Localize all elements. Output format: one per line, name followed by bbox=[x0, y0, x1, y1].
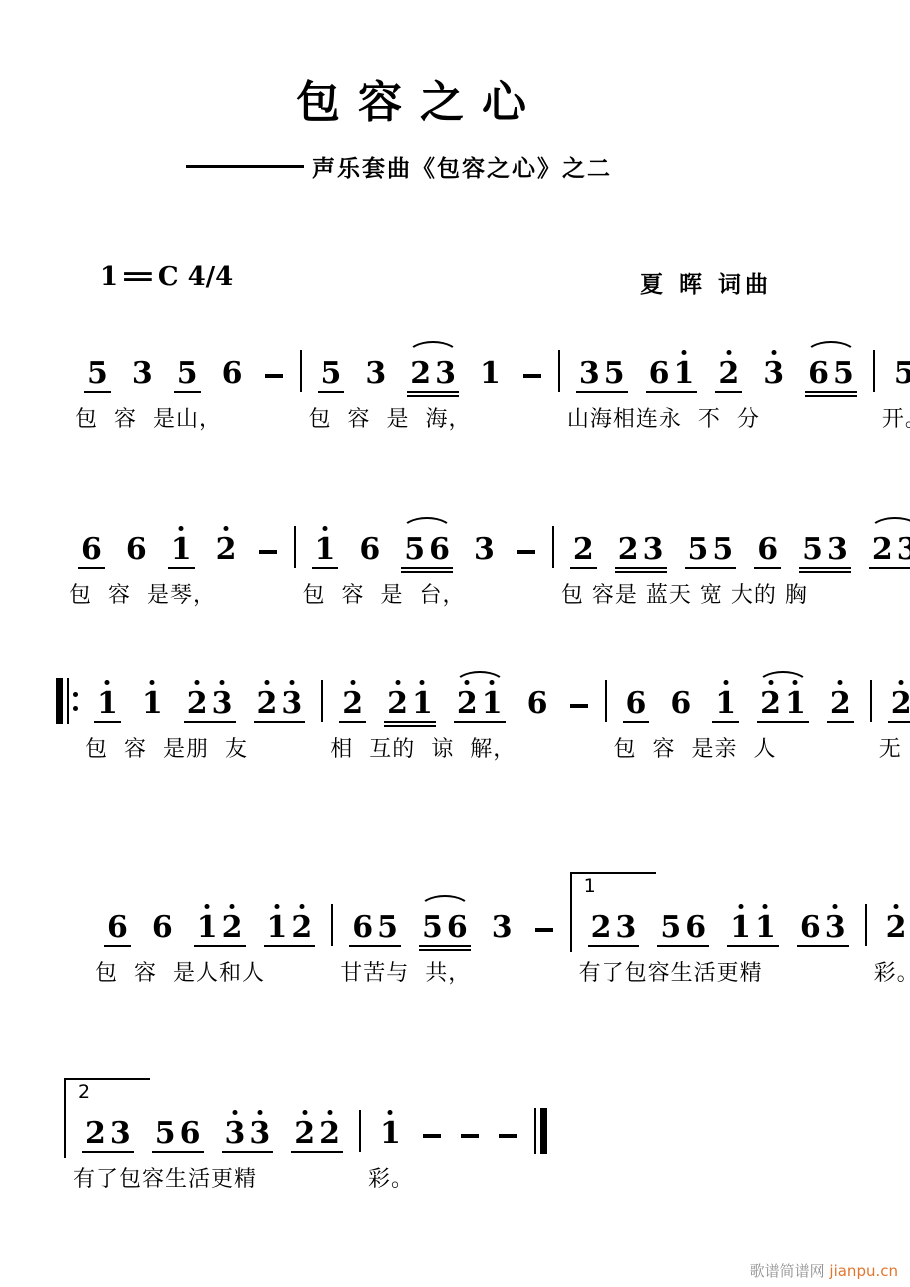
note: 2 bbox=[289, 912, 314, 944]
note: 3 bbox=[130, 358, 155, 390]
thin-bar bbox=[67, 678, 69, 724]
volta-bracket: 2 bbox=[64, 1078, 150, 1108]
lyric-line: 有了包容生活更精 bbox=[579, 956, 858, 987]
note: 2 bbox=[870, 534, 895, 566]
note-group: 6 bbox=[524, 688, 551, 720]
measure: 123561163有了包容生活更精 bbox=[572, 872, 865, 987]
note: 3 bbox=[823, 912, 848, 944]
note: 5 bbox=[319, 358, 344, 390]
note: 5 bbox=[402, 534, 427, 566]
lyric-line: 包 容 是朋 友 bbox=[85, 732, 314, 763]
score-row: 112323包 容 是朋 友221216相 互的 谅 解，661212包 容 是… bbox=[56, 666, 910, 763]
note-group: 65 bbox=[805, 358, 857, 390]
note-group: 21 bbox=[384, 688, 436, 720]
note: 2 bbox=[758, 688, 783, 720]
note: 1 bbox=[713, 688, 738, 720]
slur-icon bbox=[869, 517, 910, 531]
note-group: 12 bbox=[264, 912, 316, 944]
note: 3 bbox=[761, 358, 786, 390]
note: 3 bbox=[490, 912, 515, 944]
note-group: 6 bbox=[219, 358, 246, 390]
note: 2 bbox=[828, 688, 853, 720]
note: 6 bbox=[178, 1118, 203, 1150]
thick-bar bbox=[56, 678, 63, 724]
equals-sign: = bbox=[119, 262, 156, 292]
note: 5 bbox=[710, 534, 735, 566]
note: 6 bbox=[427, 534, 452, 566]
lyric-line: 彩。 bbox=[874, 956, 910, 987]
note-group: 1 bbox=[477, 358, 504, 390]
lyric-line: 有了包容生活更精 bbox=[73, 1162, 352, 1193]
note-group: 23 bbox=[407, 358, 459, 390]
note: 1 bbox=[378, 1118, 403, 1150]
measure: 221216相 互的 谅 解， bbox=[323, 666, 604, 763]
note-group: 53 bbox=[799, 534, 851, 566]
note-group: 1 bbox=[94, 688, 121, 720]
note-group: 6 bbox=[667, 688, 694, 720]
note-group: 3 bbox=[760, 358, 787, 390]
lyric-line: 包 容是 蓝天 宽 大的 胸 bbox=[561, 578, 910, 609]
measure: 5开。 bbox=[875, 336, 910, 433]
watermark-site-name: 歌谱简谱网 bbox=[750, 1262, 825, 1280]
key-signature: 1 = C 4/4 bbox=[100, 262, 233, 292]
note: 5 bbox=[602, 358, 627, 390]
note: 6 bbox=[668, 688, 693, 720]
dash-note bbox=[259, 550, 277, 554]
note-group: 65 bbox=[349, 912, 401, 944]
note-group: 22 bbox=[291, 1118, 343, 1150]
note: 3 bbox=[433, 358, 458, 390]
final-barline bbox=[534, 1108, 547, 1154]
note: 6 bbox=[755, 534, 780, 566]
dash-note bbox=[423, 1134, 441, 1138]
note: 6 bbox=[445, 912, 470, 944]
note: 2 bbox=[317, 1118, 342, 1150]
dash-note bbox=[535, 928, 553, 932]
lyric-line: 无 私的 挚 爱， bbox=[879, 732, 910, 763]
note: 2 bbox=[220, 912, 245, 944]
thick-bar bbox=[540, 1108, 547, 1154]
time-signature: 4/4 bbox=[188, 262, 234, 292]
notes-line: 2 bbox=[874, 908, 910, 944]
song-title: 包容之心 bbox=[0, 66, 840, 130]
note: 5 bbox=[686, 534, 711, 566]
dash-note bbox=[523, 374, 541, 378]
note-group: 2 bbox=[888, 688, 910, 720]
note: 1 bbox=[195, 912, 220, 944]
composer-credit: 夏 晖 词曲 bbox=[640, 266, 772, 299]
note: 2 bbox=[292, 1118, 317, 1150]
note: 5 bbox=[153, 1118, 178, 1150]
note: 2 bbox=[214, 534, 239, 566]
subtitle: 声乐套曲《包容之心》之二 bbox=[186, 150, 612, 183]
measure: 661212包 容 是亲 人 bbox=[607, 666, 870, 763]
note-group: 1 bbox=[377, 1118, 404, 1150]
note: 5 bbox=[85, 358, 110, 390]
key-tonic: 1 bbox=[100, 262, 118, 292]
measure: 661212包 容 是人和人 bbox=[88, 872, 331, 987]
note: 2 bbox=[616, 534, 641, 566]
note-group: 3 bbox=[489, 912, 516, 944]
notes-line: 2235565323 bbox=[561, 530, 910, 566]
note: 6 bbox=[624, 688, 649, 720]
note: 1 bbox=[783, 688, 808, 720]
note-group: 3 bbox=[471, 534, 498, 566]
note-group: 23 bbox=[588, 912, 640, 944]
note-group: 12 bbox=[194, 912, 246, 944]
note: 1 bbox=[753, 912, 778, 944]
note-group: 5 bbox=[891, 358, 910, 390]
note-group: 3 bbox=[129, 358, 156, 390]
lyric-line: 山海相连永 不 分 bbox=[567, 402, 866, 433]
note: 2 bbox=[884, 912, 909, 944]
note-group: 21 bbox=[757, 688, 809, 720]
note-group: 1 bbox=[712, 688, 739, 720]
subtitle-text: 声乐套曲《包容之心》之二 bbox=[312, 150, 612, 183]
slur-icon bbox=[805, 341, 857, 355]
score-row: 223563322有了包容生活更精1彩。 bbox=[64, 1078, 547, 1193]
measure: 6612包 容 是琴， bbox=[62, 512, 294, 609]
note: 1 bbox=[672, 358, 697, 390]
note: 6 bbox=[79, 534, 104, 566]
volta-spacer bbox=[368, 1078, 527, 1108]
note: 1 bbox=[478, 358, 503, 390]
lyric-line: 包 容 是琴， bbox=[69, 578, 287, 609]
note: 1 bbox=[480, 688, 505, 720]
note: 1 bbox=[313, 534, 338, 566]
lyric-line: 包 容 是山， bbox=[75, 402, 293, 433]
note: 6 bbox=[105, 912, 130, 944]
note: 2 bbox=[408, 358, 433, 390]
note-group: 35 bbox=[576, 358, 628, 390]
notes-line: 112323 bbox=[85, 684, 314, 720]
note: 3 bbox=[108, 1118, 133, 1150]
volta-spacer bbox=[874, 872, 910, 902]
note-group: 23 bbox=[184, 688, 236, 720]
lyric-line: 包 容 是 海， bbox=[309, 402, 551, 433]
note-group: 6 bbox=[356, 534, 383, 566]
note-group: 33 bbox=[222, 1118, 274, 1150]
watermark-site-url[interactable]: jianpu.cn bbox=[829, 1262, 898, 1280]
note: 6 bbox=[806, 358, 831, 390]
dash-note bbox=[265, 374, 283, 378]
score-row: 661212包 容 是人和人65563甘苦与 共，123561163有了包容生活… bbox=[88, 872, 910, 987]
note-group: 23 bbox=[869, 534, 910, 566]
notes-line: 35612365 bbox=[567, 354, 866, 390]
notes-line: 53231 bbox=[309, 354, 551, 390]
note: 3 bbox=[472, 534, 497, 566]
measure: 223655无 私的 挚 爱， bbox=[872, 666, 910, 763]
note: 3 bbox=[641, 534, 666, 566]
note: 1 bbox=[265, 912, 290, 944]
note: 2 bbox=[571, 534, 596, 566]
note-group: 23 bbox=[615, 534, 667, 566]
note: 1 bbox=[140, 688, 165, 720]
slur-icon bbox=[407, 341, 459, 355]
note-group: 6 bbox=[104, 912, 131, 944]
note-group: 56 bbox=[419, 912, 471, 944]
note: 6 bbox=[220, 358, 245, 390]
note-group: 6 bbox=[78, 534, 105, 566]
note: 1 bbox=[95, 688, 120, 720]
note-group: 2 bbox=[827, 688, 854, 720]
note-group: 61 bbox=[646, 358, 698, 390]
measure: 2235565323包 容是 蓝天 宽 大的 胸 bbox=[554, 512, 910, 609]
notes-line: 16563 bbox=[303, 530, 545, 566]
lyric-line: 包 容 是 台， bbox=[303, 578, 545, 609]
note: 6 bbox=[124, 534, 149, 566]
note-group: 5 bbox=[84, 358, 111, 390]
note-group: 6 bbox=[123, 534, 150, 566]
note: 5 bbox=[800, 534, 825, 566]
note: 5 bbox=[658, 912, 683, 944]
note: 6 bbox=[798, 912, 823, 944]
note-group: 2 bbox=[213, 534, 240, 566]
note-group: 6 bbox=[623, 688, 650, 720]
note: 2 bbox=[255, 688, 280, 720]
note: 5 bbox=[831, 358, 856, 390]
lyric-line: 包 容 是人和人 bbox=[95, 956, 324, 987]
note: 3 bbox=[223, 1118, 248, 1150]
note-group: 3 bbox=[362, 358, 389, 390]
dash-note bbox=[570, 704, 588, 708]
notes-line: 221216 bbox=[330, 684, 597, 720]
note: 3 bbox=[247, 1118, 272, 1150]
note-group: 63 bbox=[797, 912, 849, 944]
dash-note bbox=[499, 1134, 517, 1138]
note-group: 11 bbox=[727, 912, 779, 944]
notes-line: 5 bbox=[882, 354, 910, 390]
note: 5 bbox=[175, 358, 200, 390]
measure: 112323包 容 是朋 友 bbox=[78, 666, 321, 763]
note: 3 bbox=[577, 358, 602, 390]
notes-line: 223655 bbox=[879, 684, 910, 720]
note-group: 23 bbox=[82, 1118, 134, 1150]
measure: 16563包 容 是 台， bbox=[296, 512, 552, 609]
note-group: 1 bbox=[312, 534, 339, 566]
dash-note bbox=[517, 550, 535, 554]
notes-line: 23563322 bbox=[73, 1114, 352, 1150]
note-group: 55 bbox=[685, 534, 737, 566]
note: 2 bbox=[385, 688, 410, 720]
note: 5 bbox=[375, 912, 400, 944]
note: 2 bbox=[589, 912, 614, 944]
lyric-line: 甘苦与 共， bbox=[340, 956, 562, 987]
volta-bracket: 1 bbox=[570, 872, 656, 902]
lyric-line: 开。 bbox=[882, 402, 910, 433]
slur-icon bbox=[401, 517, 453, 531]
note: 3 bbox=[210, 688, 235, 720]
note: 2 bbox=[455, 688, 480, 720]
measure: 223563322有了包容生活更精 bbox=[66, 1078, 359, 1193]
note-group: 1 bbox=[139, 688, 166, 720]
note: 2 bbox=[716, 358, 741, 390]
note-group: 2 bbox=[883, 912, 910, 944]
note-group: 2 bbox=[570, 534, 597, 566]
note: 3 bbox=[279, 688, 304, 720]
note-group: 6 bbox=[149, 912, 176, 944]
slur-icon bbox=[757, 671, 809, 685]
notes-line: 1 bbox=[368, 1114, 527, 1150]
note: 6 bbox=[683, 912, 708, 944]
key-name: C bbox=[158, 262, 179, 292]
sheet-music-page: 包容之心 声乐套曲《包容之心》之二 1 = C 4/4 夏 晖 词曲 5356包… bbox=[0, 0, 910, 1287]
measure: 65563甘苦与 共， bbox=[333, 872, 569, 987]
note: 2 bbox=[889, 688, 910, 720]
note: 6 bbox=[357, 534, 382, 566]
notes-line: 5356 bbox=[75, 354, 293, 390]
note-group: 2 bbox=[339, 688, 366, 720]
lyric-line: 彩。 bbox=[368, 1162, 527, 1193]
note: 5 bbox=[892, 358, 910, 390]
notes-line: 6612 bbox=[69, 530, 287, 566]
note-group: 1 bbox=[168, 534, 195, 566]
notes-line: 65563 bbox=[340, 908, 562, 944]
note: 1 bbox=[169, 534, 194, 566]
notes-line: 23561163 bbox=[579, 908, 858, 944]
score-row: 5356包 容 是山，53231包 容 是 海，35612365山海相连永 不 … bbox=[68, 336, 910, 433]
volta-number: 2 bbox=[78, 1081, 90, 1103]
notes-line: 661212 bbox=[95, 908, 324, 944]
measure: 1彩。 bbox=[361, 1078, 534, 1193]
note: 2 bbox=[185, 688, 210, 720]
measure: 2彩。 bbox=[867, 872, 910, 987]
slur-icon bbox=[454, 671, 506, 685]
note: 2 bbox=[83, 1118, 108, 1150]
note: 5 bbox=[420, 912, 445, 944]
note: 3 bbox=[363, 358, 388, 390]
note-group: 2 bbox=[715, 358, 742, 390]
note: 3 bbox=[614, 912, 639, 944]
subtitle-dash bbox=[186, 165, 304, 168]
volta-number: 1 bbox=[584, 875, 596, 897]
note-group: 56 bbox=[657, 912, 709, 944]
score-row: 6612包 容 是琴，16563包 容 是 台，2235565323包 容是 蓝… bbox=[62, 512, 910, 609]
repeat-begin-sign bbox=[56, 678, 78, 724]
note-group: 23 bbox=[254, 688, 306, 720]
lyric-line: 包 容 是亲 人 bbox=[614, 732, 863, 763]
note-group: 21 bbox=[454, 688, 506, 720]
note-group: 56 bbox=[152, 1118, 204, 1150]
note: 1 bbox=[728, 912, 753, 944]
watermark: 歌谱简谱网 jianpu.cn bbox=[750, 1260, 898, 1281]
thin-bar bbox=[534, 1108, 536, 1154]
notes-line: 661212 bbox=[614, 684, 863, 720]
note: 2 bbox=[340, 688, 365, 720]
volta-spacer bbox=[95, 872, 324, 902]
note: 3 bbox=[895, 534, 910, 566]
note: 6 bbox=[525, 688, 550, 720]
note: 6 bbox=[150, 912, 175, 944]
dash-note bbox=[461, 1134, 479, 1138]
measure: 53231包 容 是 海， bbox=[302, 336, 558, 433]
note-group: 5 bbox=[174, 358, 201, 390]
note: 6 bbox=[350, 912, 375, 944]
note: 6 bbox=[647, 358, 672, 390]
note-group: 5 bbox=[318, 358, 345, 390]
note-group: 56 bbox=[401, 534, 453, 566]
measure: 5356包 容 是山， bbox=[68, 336, 300, 433]
note: 3 bbox=[825, 534, 850, 566]
note: 1 bbox=[410, 688, 435, 720]
note-group: 6 bbox=[754, 534, 781, 566]
lyric-line: 相 互的 谅 解， bbox=[330, 732, 597, 763]
measure: 35612365山海相连永 不 分 bbox=[560, 336, 873, 433]
